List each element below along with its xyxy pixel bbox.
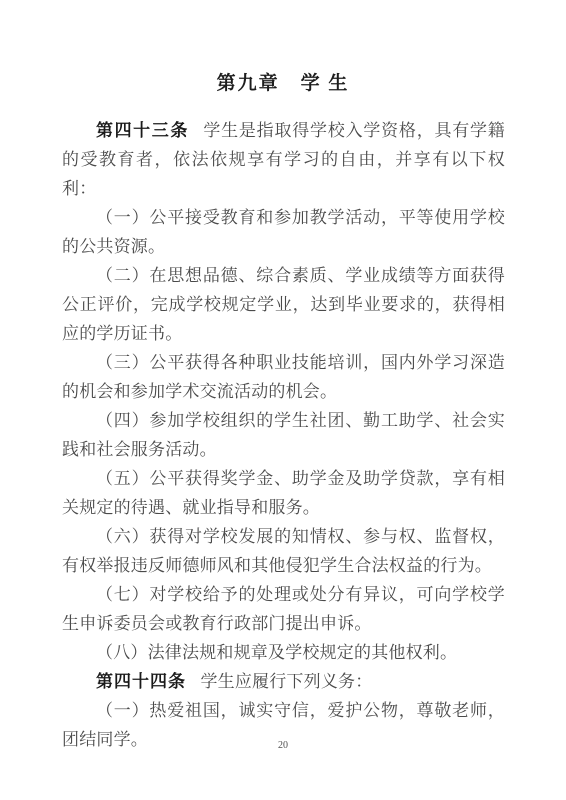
paragraph-text: （五）公平获得奖学金、助学金及助学贷款，享有相关规定的待遇、就业指导和服务。 (62, 469, 505, 517)
paragraph: （五）公平获得奖学金、助学金及助学贷款，享有相关规定的待遇、就业指导和服务。 (62, 464, 505, 522)
paragraph-text: （三）公平获得各种职业技能培训，国内外学习深造的机会和参加学术交流活动的机会。 (62, 353, 505, 401)
paragraph-text: （七）对学校给予的处理或处分有异议，可向学校学生申诉委员会或教育行政部门提出申诉… (62, 585, 505, 633)
document-page: 第九章 学 生 第四十三条学生是指取得学校入学资格，具有学籍的受教育者，依法依规… (0, 0, 566, 800)
paragraph-text: （二）在思想品德、综合素质、学业成绩等方面获得公正评价，完成学校规定学业，达到毕… (62, 266, 505, 343)
paragraph-text: （四）参加学校组织的学生社团、勤工助学、社会实践和社会服务活动。 (62, 411, 505, 459)
paragraph: 第四十四条学生应履行下列义务： (62, 667, 505, 696)
paragraph: （二）在思想品德、综合素质、学业成绩等方面获得公正评价，完成学校规定学业，达到毕… (62, 261, 505, 348)
paragraph-text: （八）法律法规和规章及学校规定的其他权利。 (96, 643, 457, 662)
paragraph: （四）参加学校组织的学生社团、勤工助学、社会实践和社会服务活动。 (62, 406, 505, 464)
paragraph: （八）法律法规和规章及学校规定的其他权利。 (62, 638, 505, 667)
document-body: 第四十三条学生是指取得学校入学资格，具有学籍的受教育者，依法依规享有学习的自由，… (62, 116, 505, 754)
paragraph: （六）获得对学校发展的知情权、参与权、监督权，有权举报违反师德师风和其他侵犯学生… (62, 522, 505, 580)
paragraph: 第四十三条学生是指取得学校入学资格，具有学籍的受教育者，依法依规享有学习的自由，… (62, 116, 505, 203)
paragraph-text: （一）公平接受教育和参加教学活动，平等使用学校的公共资源。 (62, 208, 505, 256)
paragraph: （三）公平获得各种职业技能培训，国内外学习深造的机会和参加学术交流活动的机会。 (62, 348, 505, 406)
paragraph-text: 学生应履行下列义务： (200, 672, 372, 691)
paragraph: （一）公平接受教育和参加教学活动，平等使用学校的公共资源。 (62, 203, 505, 261)
paragraph: （七）对学校给予的处理或处分有异议，可向学校学生申诉委员会或教育行政部门提出申诉… (62, 580, 505, 638)
page-number: 20 (0, 740, 566, 751)
article-number: 第四十三条 (96, 121, 189, 140)
paragraph-text: （六）获得对学校发展的知情权、参与权、监督权，有权举报违反师德师风和其他侵犯学生… (62, 527, 505, 575)
article-number: 第四十四条 (96, 672, 186, 691)
chapter-title: 第九章 学 生 (0, 70, 566, 98)
